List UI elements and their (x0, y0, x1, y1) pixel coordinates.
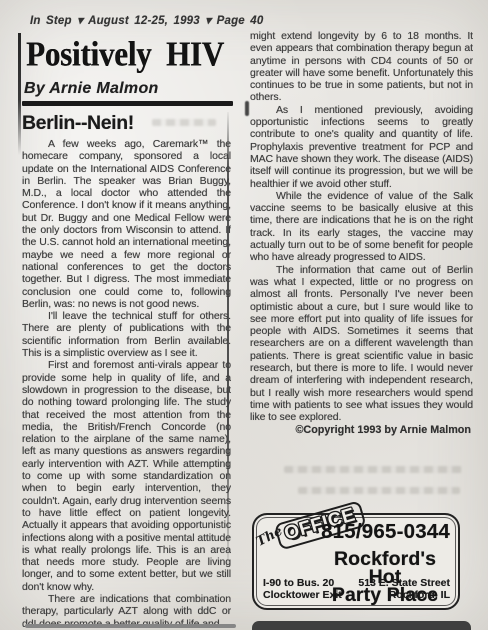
left-margin-rule (18, 33, 21, 155)
copyright-line: ©Copyright 1993 by Arnie Malmon (250, 424, 473, 436)
right-column: might extend longevity by 6 to 18 months… (250, 30, 473, 472)
article-paragraph: A few weeks ago, Caremark™ the homecare … (22, 138, 231, 310)
article-paragraph: I'll leave the technical stuff for other… (22, 310, 231, 359)
article-paragraph: The information that came out of Berlin … (250, 264, 473, 424)
bleedthrough-artifact (284, 466, 462, 473)
masthead-dateline: In Step ▾ August 12-25, 1993 ▾ Page 40 (30, 13, 264, 27)
article-paragraph: First and foremost anti-virals appear to… (22, 359, 231, 593)
bleedthrough-artifact (152, 119, 216, 126)
next-ad-top-edge-left (25, 624, 236, 628)
left-column: Berlin--Nein! A few weeks ago, Caremark™… (22, 112, 231, 627)
scan-smudge (245, 101, 249, 116)
next-ad-top-edge-right (252, 621, 471, 630)
ad-directions-line2: Clocktower Exit (263, 590, 342, 602)
scanned-page: In Step ▾ August 12-25, 1993 ▾ Page 40 P… (0, 0, 488, 630)
office-bar-advertisement: The OFFICE 815/965-0344 Rockford's Hot P… (252, 513, 460, 610)
article-paragraph: While the evidence of value of the Salk … (250, 190, 473, 264)
ad-address: 513 E. State Street Rockford, IL (358, 578, 450, 602)
ad-directions: I-90 to Bus. 20 Clocktower Exit (263, 578, 342, 602)
article-paragraph: might extend longevity by 6 to 18 months… (250, 30, 473, 104)
ad-info-row: I-90 to Bus. 20 Clocktower Exit 513 E. S… (263, 578, 450, 602)
ad-phone-number: 815/965-0344 (321, 520, 450, 544)
article-title: Positively HIV (26, 34, 236, 74)
bleedthrough-artifact (298, 487, 460, 494)
article-paragraph: There are indications that combination t… (22, 593, 231, 627)
article-byline: By Arnie Malmon (24, 80, 159, 98)
byline-rule (22, 101, 233, 106)
ad-address-line2: Rockford, IL (358, 590, 450, 602)
article-paragraph: As I mentioned previously, avoiding oppo… (250, 104, 473, 190)
